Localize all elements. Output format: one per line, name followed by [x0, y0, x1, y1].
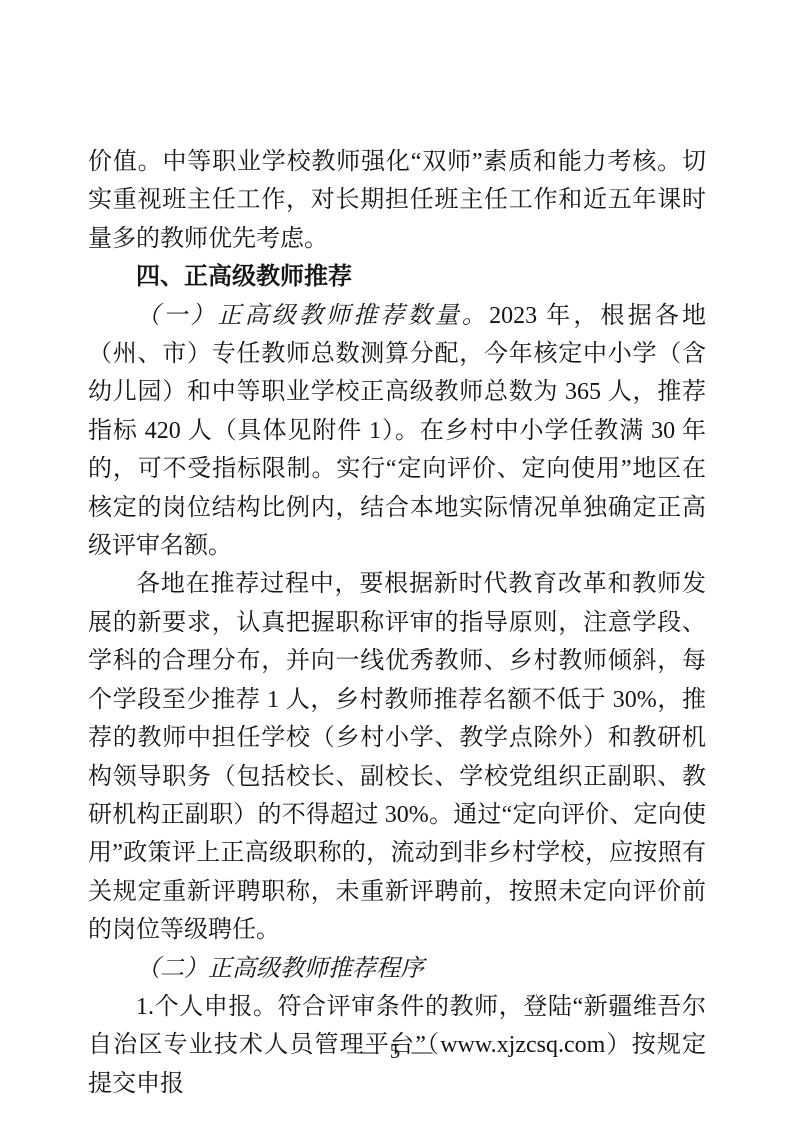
- subsection-one-lead: （一）正高级教师推荐数量。: [136, 303, 489, 329]
- document-body: 价值。中等职业学校教师强化“双师”素质和能力考核。切实重视班主任工作，对长期担任…: [88, 143, 706, 1103]
- paragraph-recommendation-guidance: 各地在推荐过程中，要根据新时代教育改革和教师发展的新要求，认真把握职称评审的指导…: [88, 565, 706, 949]
- paragraph-recommendation-quota-text: 2023 年，根据各地（州、市）专任教师总数测算分配，今年核定中小学（含幼儿园）…: [88, 303, 706, 559]
- subsection-two-heading: （二）正高级教师推荐程序: [88, 950, 706, 988]
- paragraph-recommendation-quota: （一）正高级教师推荐数量。2023 年，根据各地（州、市）专任教师总数测算分配，…: [88, 297, 706, 566]
- paragraph-continuation: 价值。中等职业学校教师强化“双师”素质和能力考核。切实重视班主任工作，对长期担任…: [88, 143, 706, 258]
- page-number: — 5 —: [0, 1038, 793, 1064]
- document-page: 价值。中等职业学校教师强化“双师”素质和能力考核。切实重视班主任工作，对长期担任…: [0, 0, 793, 1122]
- section-heading: 四、正高级教师推荐: [88, 258, 706, 296]
